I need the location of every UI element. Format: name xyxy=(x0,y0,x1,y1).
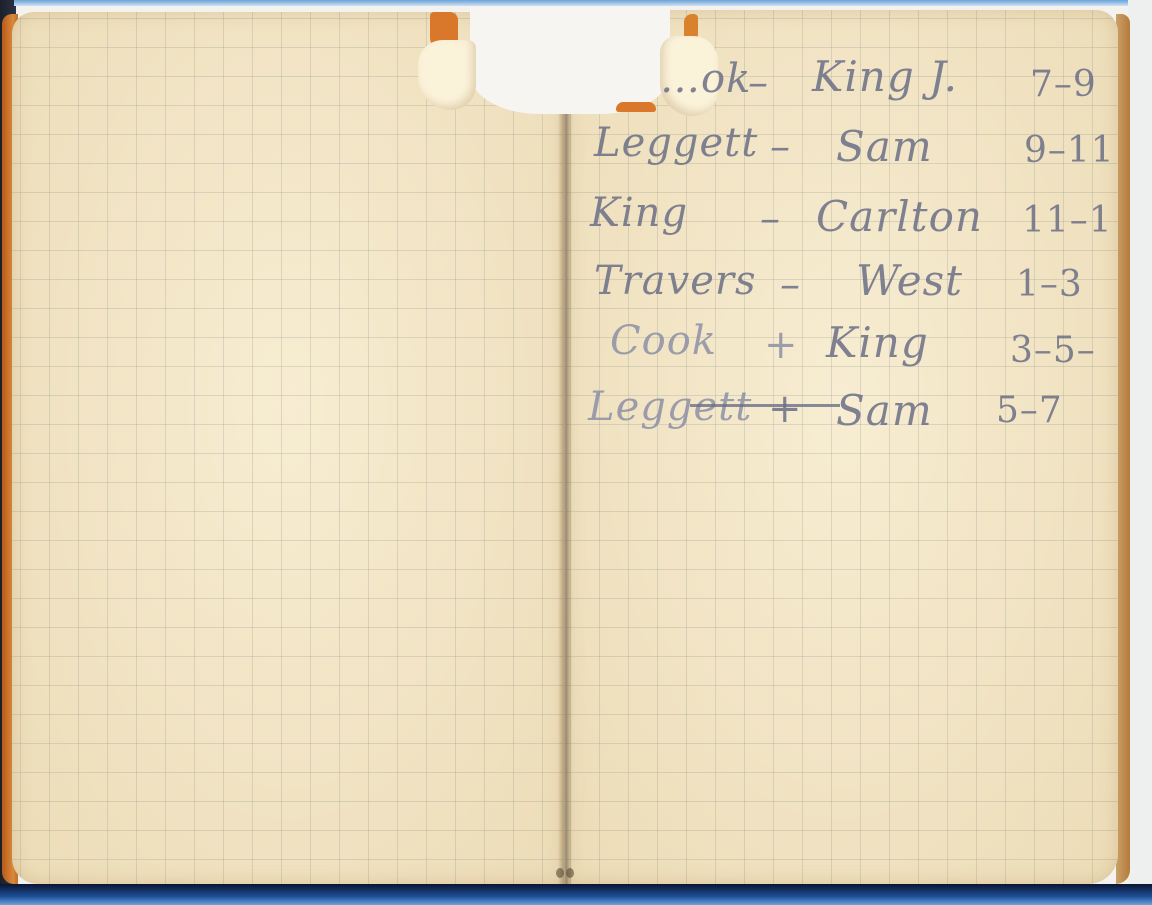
entry-time: 1–3 xyxy=(1016,264,1083,305)
entry-joiner: – xyxy=(780,262,801,308)
entry-name: King xyxy=(590,190,688,236)
entry-time: 11–1 xyxy=(1022,200,1113,241)
pencil-overstrike xyxy=(690,404,840,407)
entry-name: Leggett xyxy=(594,120,758,166)
entry-partner: Carlton xyxy=(816,192,983,241)
entry-partner: Sam xyxy=(836,122,933,171)
entry-joiner: – xyxy=(748,60,769,106)
entry-partner: King xyxy=(826,318,929,367)
entry-name: Cook xyxy=(610,318,717,364)
entry-time: 3–5– xyxy=(1010,330,1096,371)
entry-name: Leggett xyxy=(588,384,752,430)
entry-time: 7–9 xyxy=(1030,64,1097,105)
entry-joiner: + xyxy=(764,322,799,368)
entry-joiner: + xyxy=(768,386,803,432)
binding-stain xyxy=(556,868,564,878)
entry-name: …ok xyxy=(660,56,751,102)
entry-name: Travers xyxy=(594,258,757,304)
entry-time: 5–7 xyxy=(996,390,1063,431)
entry-joiner: – xyxy=(760,196,781,242)
entry-partner: West xyxy=(856,256,963,305)
entry-partner: King J. xyxy=(812,52,958,101)
entry-time: 9–11 xyxy=(1024,130,1115,171)
schedule-entries: …ok – King J. 7–9 Leggett – Sam 9–11 Kin… xyxy=(0,0,1152,905)
entry-joiner: – xyxy=(770,124,791,170)
binding-stain xyxy=(566,868,574,878)
entry-partner: Sam xyxy=(836,386,933,435)
